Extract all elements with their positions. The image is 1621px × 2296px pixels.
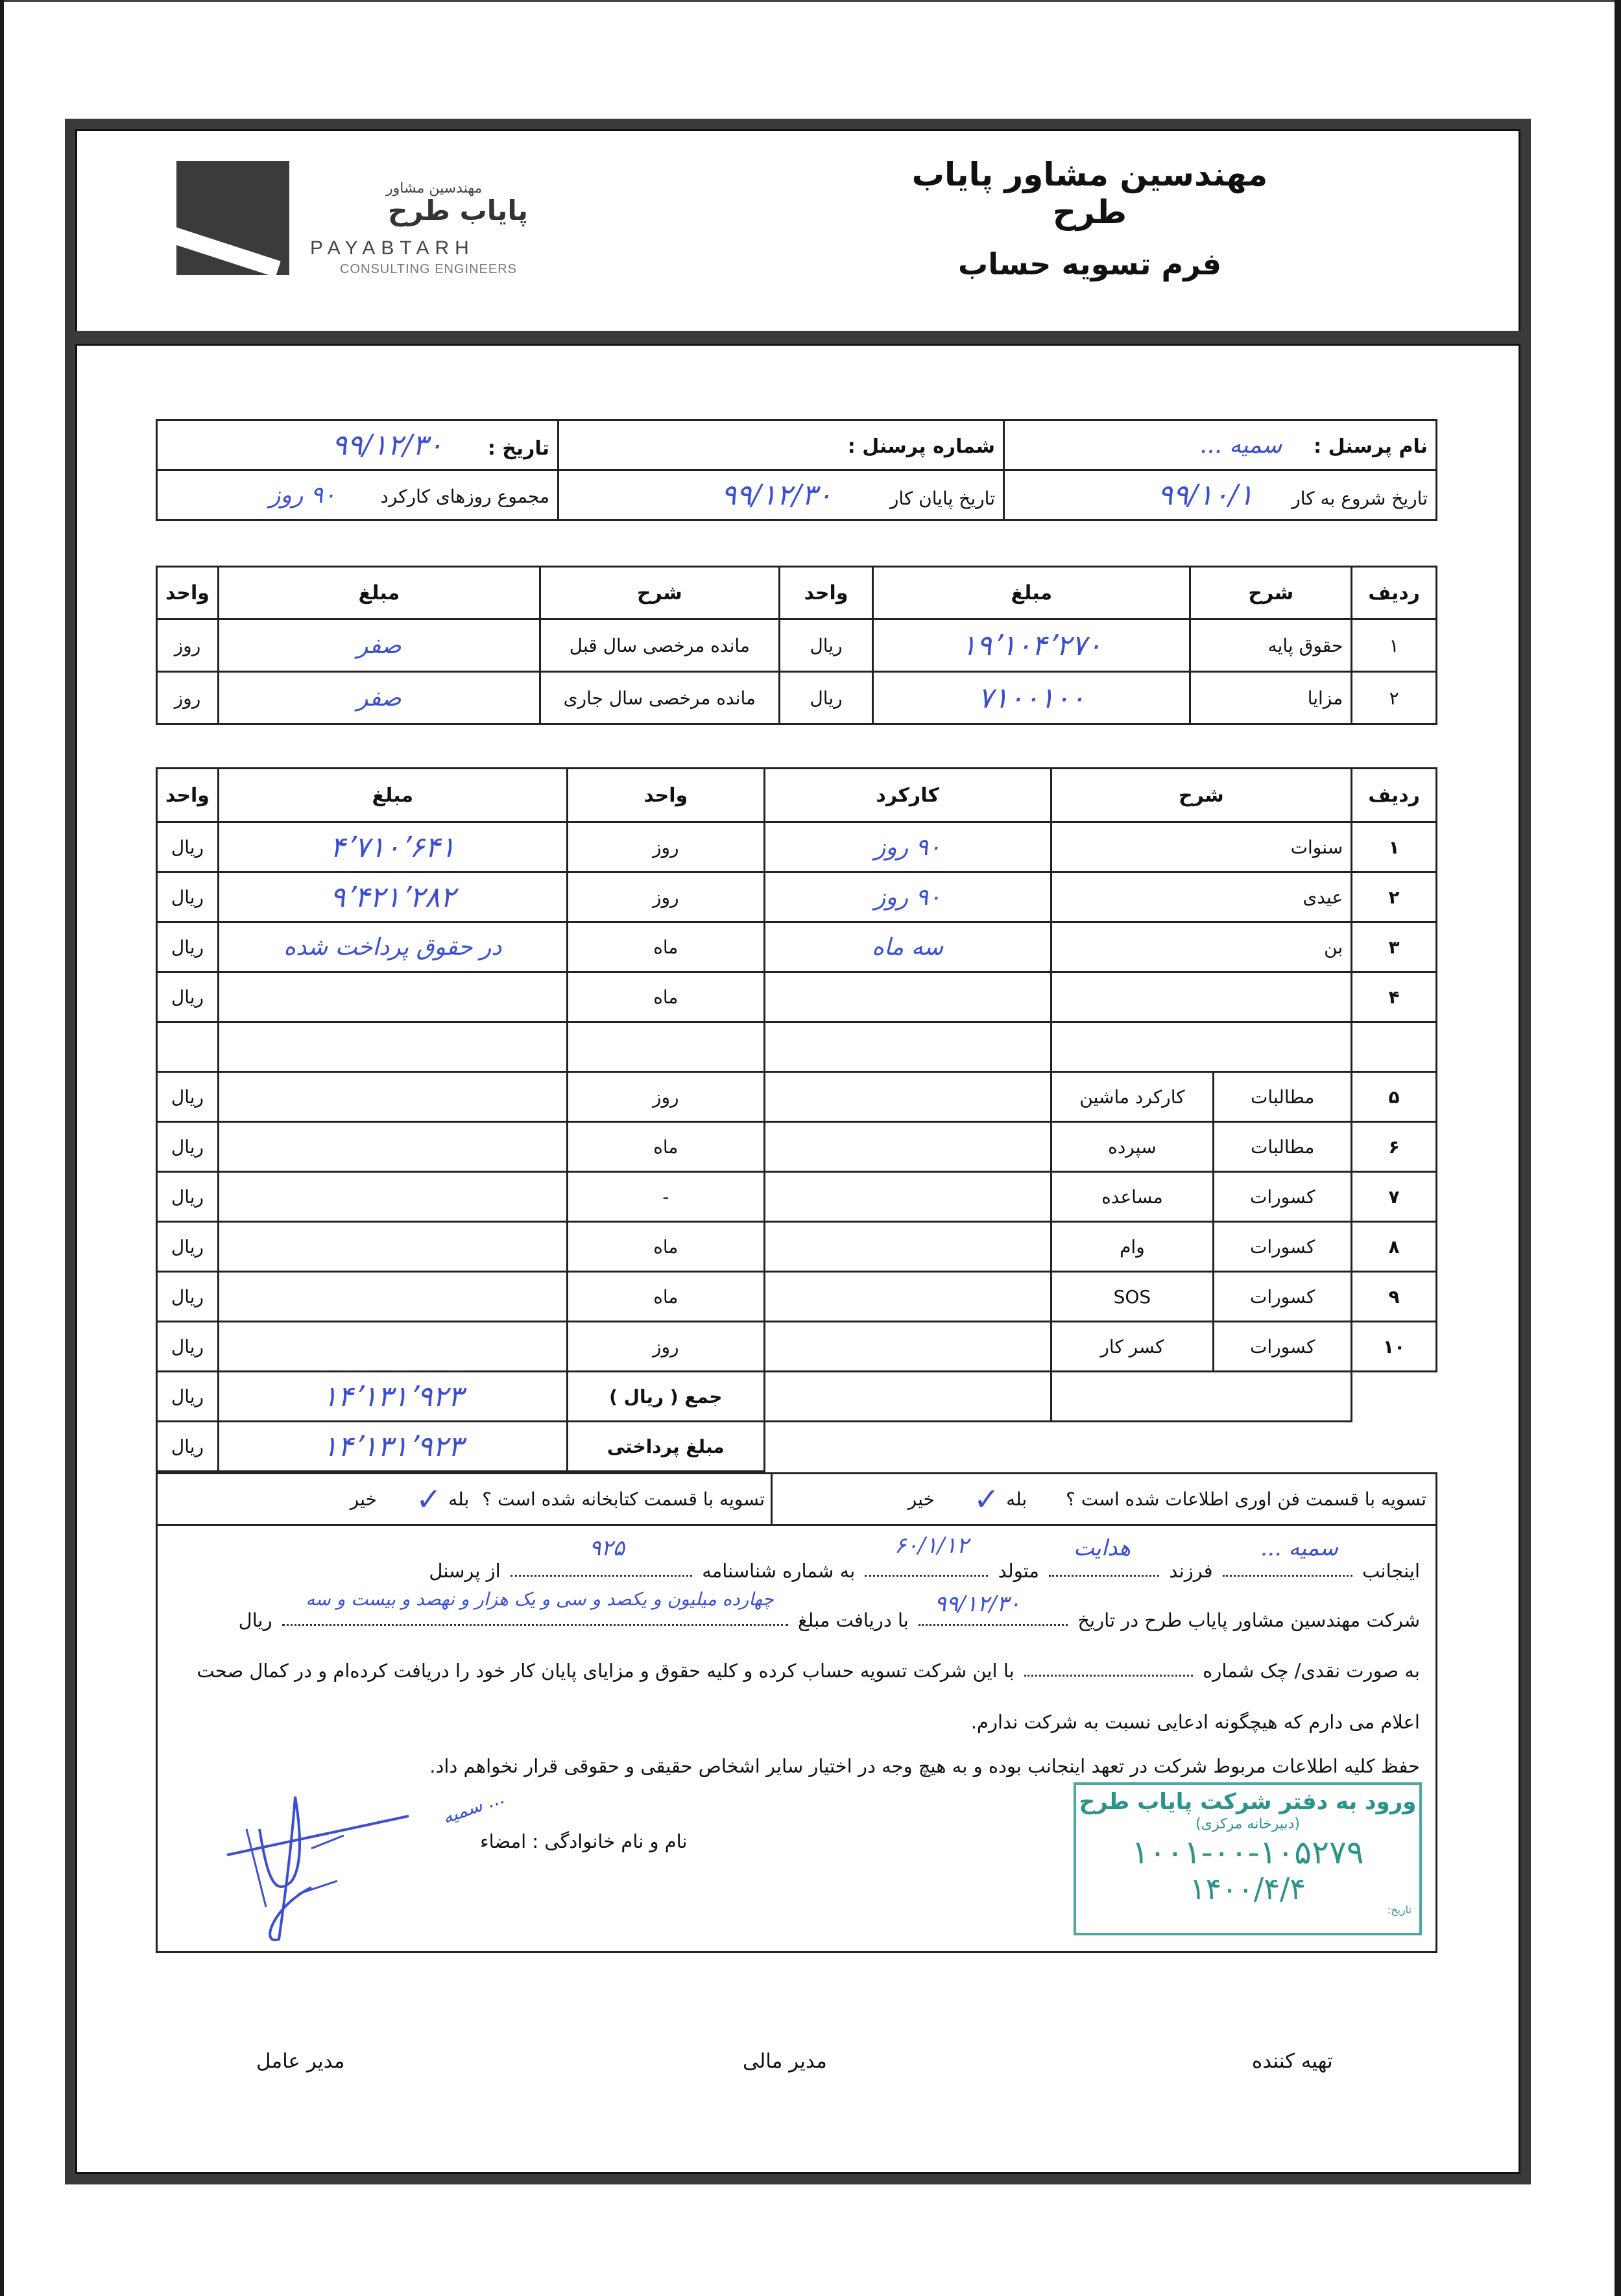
declaration-line-2: شرکت مهندسین مشاور پایاب طرح در تاریخ با… — [171, 1609, 1420, 1631]
row-currency: ریال — [157, 1122, 219, 1172]
stamp-number: ۱۰۰۱-۰۰-۱۰۵۲۷۹ — [1076, 1834, 1419, 1871]
personnel-number-label: شماره پرسنل : — [848, 435, 995, 458]
total-label: جمع ( ریال ) — [567, 1372, 764, 1422]
col-amount2: مبلغ — [218, 567, 540, 619]
row-desc — [1051, 1022, 1352, 1072]
col-amount: مبلغ — [873, 567, 1190, 619]
text-segment: با این شرکت تسویه حساب کرده و کلیه حقوق … — [197, 1660, 1014, 1682]
row-work[interactable] — [764, 1322, 1051, 1372]
row-amount[interactable] — [218, 1272, 567, 1322]
row-number: ۸ — [1352, 1222, 1437, 1272]
col-row: ردیف — [1352, 769, 1437, 822]
library-settlement: تسویه با قسمت کتابخانه شده است ؟ بله ✓ خ… — [158, 1474, 774, 1524]
col-unit: واحد — [779, 567, 872, 619]
row-desc2: مانده مرخصی سال جاری — [540, 672, 779, 724]
row-amount2[interactable]: صفر — [218, 619, 540, 672]
row-amount[interactable]: ۷۱۰۰۱۰۰ — [873, 672, 1190, 724]
row-category: کسورات — [1214, 1272, 1352, 1322]
row-unit2: روز — [157, 672, 219, 724]
company-title: مهندسین مشاور پایاب طرح — [895, 156, 1284, 231]
footer-preparer: تهیه کننده — [1252, 2050, 1333, 2073]
row-currency: ریال — [157, 872, 219, 922]
row-desc: وام — [1051, 1222, 1214, 1272]
row-amount[interactable]: ۱۹٬۱۰۴٬۲۷۰ — [873, 619, 1190, 672]
form-title: فرم تسویه حساب — [895, 246, 1284, 281]
signature-label: نام و نام خانوادگی : امضاء — [480, 1830, 688, 1852]
scan-edge-right — [1615, 0, 1621, 2296]
salary-table: ردیف شرح مبلغ واحد شرح مبلغ واحد ۱ حقوق … — [156, 566, 1437, 725]
row-desc: مساعده — [1051, 1172, 1214, 1222]
text-segment: به صورت نقدی/ چک شماره — [1203, 1660, 1420, 1682]
stamp-title: ورود به دفتر شرکت پایاب طرح — [1076, 1789, 1419, 1815]
settlement-date-value: ۹۹/۱۲/۳۰ — [935, 1591, 1020, 1617]
row-work[interactable] — [764, 1272, 1051, 1322]
table-row-blank — [157, 1022, 1437, 1072]
library-question: تسویه با قسمت کتابخانه شده است ؟ — [482, 1489, 765, 1510]
text-segment: از پرسنل — [429, 1560, 500, 1582]
row-amount[interactable]: ۹٬۴۲۱٬۲۸۲ — [218, 872, 567, 922]
row-unit: روز — [567, 822, 764, 872]
row-currency: ریال — [157, 1072, 219, 1122]
row-category: مطالبات — [1214, 1122, 1352, 1172]
row-number: ۲ — [1352, 872, 1437, 922]
payable-currency: ریال — [157, 1422, 219, 1472]
payable-row: مبلغ پرداختی ۱۴٬۱۳۱٬۹۲۳ ریال — [157, 1422, 1437, 1472]
declaration-line-4: اعلام می دارم که هیچگونه ادعایی نسبت به … — [171, 1711, 1420, 1733]
col-desc2: شرح — [540, 567, 779, 619]
row-number: ۶ — [1352, 1122, 1437, 1172]
row-number: ۱۰ — [1352, 1322, 1437, 1372]
row-work[interactable] — [764, 1072, 1051, 1122]
table-row: ۹ کسورات SOS ماه ریال — [157, 1272, 1437, 1322]
table-row: ۵ مطالبات کارکرد ماشین روز ریال — [157, 1072, 1437, 1122]
row-unit: ماه — [567, 1272, 764, 1322]
total-empty-2 — [764, 1372, 1051, 1422]
col-currency: واحد — [157, 769, 219, 822]
row-number: ۹ — [1352, 1272, 1437, 1322]
total-value[interactable]: ۱۴٬۱۳۱٬۹۲۳ — [218, 1372, 567, 1422]
total-empty-1 — [1051, 1372, 1352, 1422]
end-date-value: ۹۹/۱۲/۳۰ — [721, 479, 832, 512]
row-unit: ریال — [779, 619, 872, 672]
col-row: ردیف — [1352, 567, 1437, 619]
scan-edge-left — [0, 0, 4, 2296]
logo-fa-big: پایاب طرح — [388, 195, 528, 226]
date-label: تاریخ : — [488, 437, 549, 460]
row-desc: سنوات — [1051, 822, 1352, 872]
id-number-field[interactable] — [510, 1568, 692, 1577]
row-unit: ماه — [567, 1222, 764, 1272]
table-row: ۱ سنوات ۹۰ روز روز ۴٬۷۱۰٬۶۴۱ ریال — [157, 822, 1437, 872]
it-yes-option[interactable]: بله — [1006, 1489, 1027, 1510]
row-currency: ریال — [157, 1172, 219, 1222]
scan-edge-top — [0, 0, 1621, 2]
row-unit: ریال — [779, 672, 872, 724]
text-segment: شرکت مهندسین مشاور پایاب طرح در تاریخ — [1077, 1609, 1420, 1631]
date-cell[interactable]: تاریخ : ۹۹/۱۲/۳۰ — [157, 420, 558, 470]
col-desc: شرح — [1190, 567, 1352, 619]
row-unit — [567, 1022, 764, 1072]
text-segment: اینجانب — [1362, 1560, 1420, 1582]
father-field[interactable] — [1049, 1568, 1159, 1577]
table-row: ۷ کسورات مساعده - ریال — [157, 1172, 1437, 1222]
row-desc: SOS — [1051, 1272, 1214, 1322]
text-segment: فرزند — [1169, 1560, 1212, 1582]
date-value: ۹۹/۱۲/۳۰ — [332, 429, 443, 462]
personnel-name-value: سمیه ... — [1199, 432, 1282, 459]
settlement-questions: تسویه با قسمت فن اوری اطلاعات شده است ؟ … — [156, 1472, 1437, 1526]
stamp-date-label: تاریخ: — [1387, 1904, 1411, 1916]
footer-ceo: مدیر عامل — [256, 2050, 345, 2073]
library-yes-check-icon: ✓ — [416, 1481, 442, 1518]
row-work[interactable] — [764, 1222, 1051, 1272]
row-amount[interactable]: در حقوق پرداخت شده — [218, 922, 567, 972]
total-currency: ریال — [157, 1372, 219, 1422]
row-number: ۱ — [1352, 619, 1437, 672]
salary-row: ۱ حقوق پایه ۱۹٬۱۰۴٬۲۷۰ ریال مانده مرخصی … — [157, 619, 1437, 672]
row-currency: ریال — [157, 822, 219, 872]
declaration-line-1: اینجانب فرزند متولد به شماره شناسنامه از… — [171, 1560, 1420, 1582]
table-row: ۱۰ کسورات کسر کار روز ریال — [157, 1322, 1437, 1372]
row-desc: کسر کار — [1051, 1322, 1214, 1372]
row-work[interactable] — [764, 1122, 1051, 1172]
total-days-cell[interactable]: مجموع روزهای کارکرد ۹۰ روز — [157, 470, 558, 520]
col-work: کارکرد — [764, 769, 1051, 822]
start-date-value: ۹۹/۱۰/۱ — [1158, 479, 1254, 512]
row-unit: روز — [567, 1072, 764, 1122]
table-row: ۶ مطالبات سپرده ماه ریال — [157, 1122, 1437, 1172]
logo-en-sub: CONSULTING ENGINEERS — [340, 262, 517, 277]
amount-words-field[interactable] — [282, 1618, 788, 1626]
start-date-cell[interactable]: تاریخ شروع به کار ۹۹/۱۰/۱ — [1004, 470, 1437, 520]
row-work[interactable]: ۹۰ روز — [764, 872, 1051, 922]
table-row: ۸ کسورات وام ماه ریال — [157, 1222, 1437, 1272]
row-unit: ماه — [567, 922, 764, 972]
total-row: جمع ( ریال ) ۱۴٬۱۳۱٬۹۲۳ ریال — [157, 1372, 1437, 1422]
total-days-label: مجموع روزهای کارکرد — [380, 486, 549, 507]
it-question: تسویه با قسمت فن اوری اطلاعات شده است ؟ — [1066, 1489, 1426, 1510]
start-date-label: تاریخ شروع به کار — [1291, 488, 1428, 509]
row-number: ۲ — [1352, 672, 1437, 724]
row-number: ۴ — [1352, 972, 1437, 1022]
declarant-name-value: سمیه ... — [1260, 1535, 1338, 1561]
row-work[interactable] — [764, 1022, 1051, 1072]
library-yes-option[interactable]: بله — [448, 1489, 469, 1510]
table-row: ۴ ماه ریال — [157, 972, 1437, 1022]
text-segment: ریال — [239, 1609, 272, 1631]
row-unit: روز — [567, 1322, 764, 1372]
personnel-name-label: نام پرسنل : — [1314, 435, 1428, 458]
row-amount[interactable] — [218, 1322, 567, 1372]
footer-finance-manager: مدیر مالی — [743, 2050, 827, 2073]
birth-field[interactable] — [865, 1568, 988, 1577]
it-settlement: تسویه با قسمت فن اوری اطلاعات شده است ؟ … — [771, 1474, 1435, 1524]
row-desc — [1051, 972, 1352, 1022]
row-unit: روز — [567, 872, 764, 922]
items-header-row: ردیف شرح کارکرد واحد مبلغ واحد — [157, 769, 1437, 822]
row-desc: سپرده — [1051, 1122, 1214, 1172]
declaration-line-5: حفظ کلیه اطلاعات مربوط شرکت در تعهد اینج… — [171, 1755, 1420, 1777]
row-amount[interactable] — [218, 972, 567, 1022]
personnel-name-cell[interactable]: نام پرسنل : سمیه ... — [1004, 420, 1437, 470]
row-desc: کارکرد ماشین — [1051, 1072, 1214, 1122]
row-category: مطالبات — [1214, 1072, 1352, 1122]
row-unit: - — [567, 1172, 764, 1222]
row-desc: عیدی — [1051, 872, 1352, 922]
company-logo-icon — [176, 161, 289, 275]
col-unit2: واحد — [157, 567, 219, 619]
logo-en-name: PAYABTARH — [310, 237, 475, 259]
row-work[interactable] — [764, 1172, 1051, 1222]
row-currency: ریال — [157, 1222, 219, 1272]
row-amount[interactable] — [218, 1222, 567, 1272]
row-currency: ریال — [157, 1272, 219, 1322]
form-header — [77, 131, 1519, 332]
declaration-line-3: به صورت نقدی/ چک شماره با این شرکت تسویه… — [171, 1660, 1420, 1682]
it-no-option[interactable]: خیر — [908, 1489, 935, 1510]
row-category: کسورات — [1214, 1172, 1352, 1222]
row-unit: ماه — [567, 1122, 764, 1172]
settlement-items-table: ردیف شرح کارکرد واحد مبلغ واحد ۱ سنوات ۹… — [156, 767, 1437, 1472]
payable-label: مبلغ پرداختی — [567, 1422, 764, 1472]
stamp-subtitle: (دبیرخانه مرکزی) — [1076, 1816, 1419, 1832]
row-amount[interactable]: ۴٬۷۱۰٬۶۴۱ — [218, 822, 567, 872]
row-category: کسورات — [1214, 1222, 1352, 1272]
office-entry-stamp: ورود به دفتر شرکت پایاب طرح (دبیرخانه مر… — [1074, 1782, 1422, 1935]
end-date-cell[interactable]: تاریخ پایان کار ۹۹/۱۲/۳۰ — [558, 470, 1004, 520]
text-segment: با دریافت مبلغ — [798, 1609, 909, 1631]
row-category: کسورات — [1214, 1322, 1352, 1372]
row-currency: ریال — [157, 1322, 219, 1372]
text-segment: به شماره شناسنامه — [702, 1560, 855, 1582]
signature-icon — [221, 1790, 415, 1952]
row-amount[interactable] — [218, 1122, 567, 1172]
row-desc: حقوق پایه — [1190, 619, 1352, 672]
row-number: ۷ — [1352, 1172, 1437, 1222]
row-amount[interactable] — [218, 1072, 567, 1122]
id-number-value: ۹۲۵ — [589, 1535, 625, 1561]
row-desc2: مانده مرخصی سال قبل — [540, 619, 779, 672]
it-yes-check-icon: ✓ — [974, 1481, 1000, 1518]
col-desc: شرح — [1051, 769, 1352, 822]
col-amount: مبلغ — [218, 769, 567, 822]
row-unit: ماه — [567, 972, 764, 1022]
row-number — [1352, 1022, 1437, 1072]
personnel-info-table: نام پرسنل : سمیه ... شماره پرسنل : تاریخ… — [156, 419, 1437, 521]
row-amount2[interactable]: صفر — [218, 672, 540, 724]
row-desc: بن — [1051, 922, 1352, 972]
table-row: ۲ عیدی ۹۰ روز روز ۹٬۴۲۱٬۲۸۲ ریال — [157, 872, 1437, 922]
settlement-date-field[interactable] — [919, 1618, 1068, 1626]
row-amount[interactable] — [218, 1022, 567, 1072]
row-number: ۳ — [1352, 922, 1437, 972]
total-days-value: ۹۰ روز — [269, 482, 335, 508]
text-segment: متولد — [998, 1560, 1039, 1582]
check-number-field[interactable] — [1024, 1668, 1193, 1677]
library-no-option[interactable]: خیر — [350, 1489, 377, 1510]
row-number: ۵ — [1352, 1072, 1437, 1122]
salary-row: ۲ مزایا ۷۱۰۰۱۰۰ ریال مانده مرخصی سال جار… — [157, 672, 1437, 724]
payable-value[interactable]: ۱۴٬۱۳۱٬۹۲۳ — [218, 1422, 567, 1472]
row-currency — [157, 1022, 219, 1072]
amount-words-value: چهارده میلیون و یکصد و سی و یک هزار و نه… — [306, 1588, 774, 1610]
name-field[interactable] — [1223, 1568, 1352, 1577]
table-row: ۳ بن سه ماه ماه در حقوق پرداخت شده ریال — [157, 922, 1437, 972]
col-unit: واحد — [567, 769, 764, 822]
row-desc: مزایا — [1190, 672, 1352, 724]
row-currency: ریال — [157, 972, 219, 1022]
end-date-label: تاریخ پایان کار — [890, 488, 995, 509]
row-work[interactable]: ۹۰ روز — [764, 822, 1051, 872]
row-number: ۱ — [1352, 822, 1437, 872]
row-unit2: روز — [157, 619, 219, 672]
header-separator — [75, 331, 1520, 346]
personnel-number-cell[interactable]: شماره پرسنل : — [558, 420, 1004, 470]
birth-date-value: ۶۰/۱/۱۲ — [895, 1533, 968, 1559]
father-name-value: هدایت — [1074, 1535, 1131, 1561]
row-work[interactable]: سه ماه — [764, 922, 1051, 972]
row-currency: ریال — [157, 922, 219, 972]
stamp-date: ۱۴۰۰/۴/۴ — [1076, 1871, 1419, 1906]
row-work[interactable] — [764, 972, 1051, 1022]
salary-header-row: ردیف شرح مبلغ واحد شرح مبلغ واحد — [157, 567, 1437, 619]
row-amount[interactable] — [218, 1172, 567, 1222]
